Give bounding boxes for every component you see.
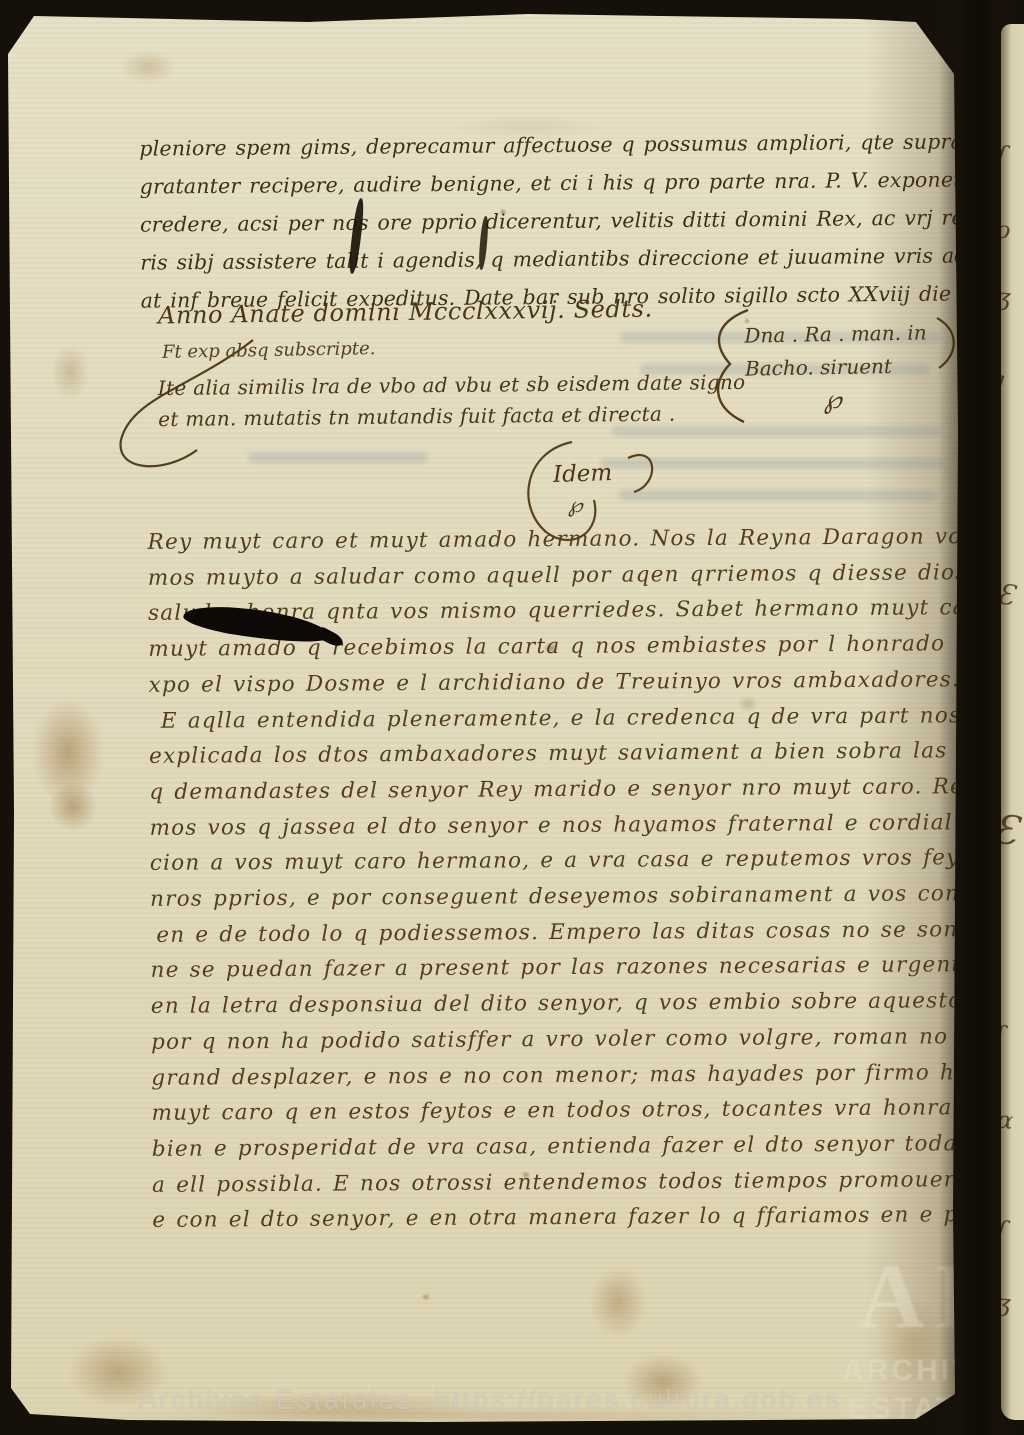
paraph-mark: ℘ (568, 493, 583, 517)
manuscript-line: por q non ha podido satisffer a vro vole… (151, 1019, 975, 1060)
manuscript-line: nros pprios, e por conseguent deseyemos … (150, 876, 974, 917)
manuscript-line: bien e prosperidat de vra casa, entienda… (152, 1126, 976, 1167)
manuscript-line: en e de todo lo q podiessemos. Empero la… (156, 912, 974, 953)
ink-fragment: ɑ (1001, 1107, 1024, 1134)
signature-line: ℘ (823, 382, 928, 417)
manuscript-line: mos muyto a saludar como aquell por aqen… (148, 555, 972, 596)
bracket-flourish (933, 312, 963, 372)
ink-fragment: ʒ (1001, 1290, 1024, 1317)
signature-line: Bacho. siruent (745, 349, 928, 385)
manuscript-line: muyt caro q en estos feytos e en todos o… (152, 1090, 976, 1131)
manuscript-line: a ell possibla. E nos otrossi entendemos… (152, 1162, 976, 1203)
ink-fragment: ſ (1001, 142, 1024, 169)
registration-signature: Dna . Ra . man. inBacho. siruent℘ (744, 316, 928, 418)
ink-fragment: Ɛ (1001, 582, 1024, 609)
manuscript-line: q demandastes del senyor Rey marido e se… (149, 769, 973, 810)
archivos-logo-text: ESTATALES (848, 1392, 1024, 1426)
manuscript-page: pleniore spem gims, deprecamur affectuos… (8, 12, 960, 1424)
latin-text-block: pleniore spem gims, deprecamur affectuos… (139, 122, 971, 319)
pares-watermark-text: Archivos Estatales, https://pares.cultur… (138, 1384, 842, 1416)
manuscript-line: explicada los dtos ambaxadores muyt savi… (149, 733, 973, 774)
manuscript-line: E aqlla entendida pleneramente, e la cre… (161, 698, 973, 739)
manuscript-line: ne se puedan fazer a present por las raz… (151, 948, 975, 989)
archivos-logo-text: ARCHIVOS (842, 1354, 1024, 1388)
manuscript-line: mos vos q jassea el dto senyor e nos hay… (150, 805, 974, 846)
ink-fragment: ɔ (1001, 217, 1024, 244)
ink-fragment: ȷ (1001, 367, 1024, 394)
manuscript-line: en la letra desponsiua del dito senyor, … (151, 983, 975, 1024)
manuscript-line: Rey muyt caro et muyt amado hermano. Nos… (148, 519, 972, 560)
facing-page-edge: ſɔʒȷƐƐʃɑſʒ (1001, 24, 1024, 1420)
manuscript-line: et man. mutatis tn mutandis fuit facta e… (158, 398, 746, 435)
ink-fragment: ſ (1001, 1217, 1024, 1244)
manuscript-line: xpo el vispo Dosme e l archidiano de Tre… (149, 662, 973, 703)
ink-fragment: ʒ (1001, 284, 1024, 311)
archivos-logo-monogram: E (936, 1250, 997, 1342)
item-note-block: Ite alia similis lra de vbo ad vbu et sb… (158, 367, 746, 435)
ink-fragment: Ɛ (1001, 817, 1024, 844)
manuscript-line: grand desplazer, e nos e no con menor; m… (151, 1055, 975, 1096)
manuscript-scan: pleniore spem gims, deprecamur affectuos… (0, 0, 1024, 1435)
idem-heading: Idem (553, 460, 613, 488)
manuscript-line: cion a vos muyt caro hermano, e a vra ca… (150, 840, 974, 881)
signature-line: Dna . Ra . man. in (744, 316, 927, 352)
archivos-logo-monogram: A (858, 1250, 924, 1342)
manuscript-line: e con el dto senyor, e en otra manera fa… (152, 1197, 976, 1238)
ink-fragment: ʃ (1001, 1022, 1024, 1049)
